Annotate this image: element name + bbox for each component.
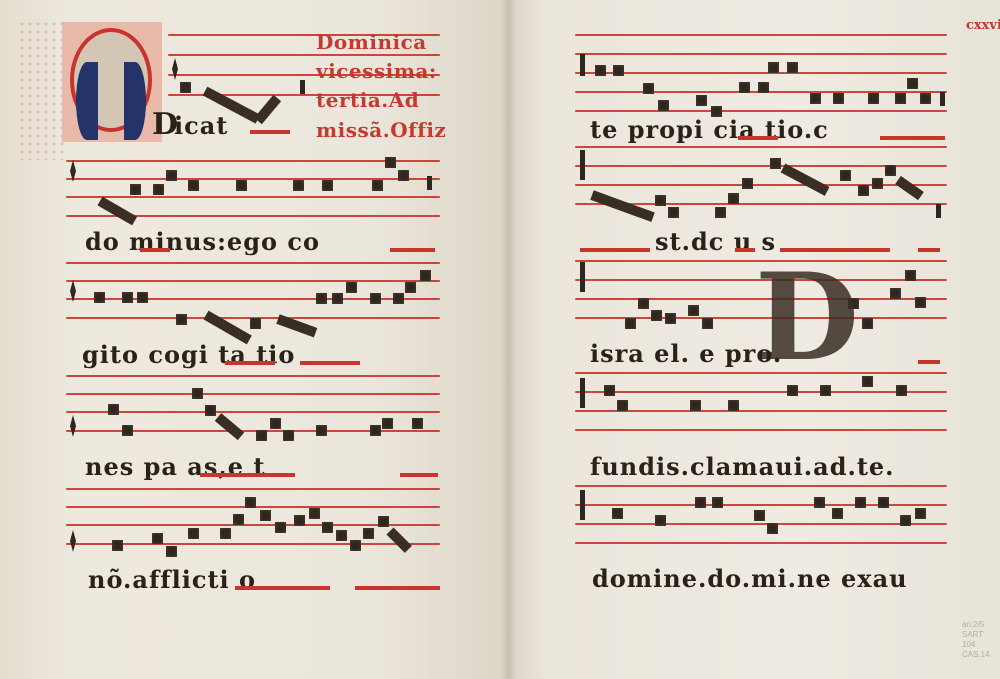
neume (728, 193, 739, 204)
neume (638, 298, 649, 309)
neume (900, 515, 911, 526)
neume (270, 418, 281, 429)
staff-right-2 (575, 146, 947, 206)
clef-icon (580, 378, 585, 408)
neume (393, 293, 404, 304)
neume (905, 270, 916, 281)
neume (715, 207, 726, 218)
neume (915, 508, 926, 519)
folio-number: cxxvi (966, 18, 1000, 33)
neume (890, 288, 901, 299)
neume (363, 528, 374, 539)
neume (868, 93, 879, 104)
neume (309, 508, 320, 519)
neume (787, 385, 798, 396)
neume (604, 385, 615, 396)
clef-icon (580, 54, 585, 76)
neume (188, 180, 199, 191)
pencil-note-line: CAS.14 (962, 650, 990, 660)
red-filler-line (250, 130, 290, 134)
neume (137, 292, 148, 303)
pencil-annotation: an.2/5 SART 104 CAS.14 (962, 620, 990, 660)
neume (665, 313, 676, 324)
neume (767, 523, 778, 534)
neume (346, 282, 357, 293)
initial-blue-fill-left (76, 62, 98, 140)
neume (420, 270, 431, 281)
neume (370, 293, 381, 304)
custos-mark (940, 92, 945, 106)
neume (322, 180, 333, 191)
red-filler-line (400, 473, 438, 477)
pencil-note-line: SART (962, 630, 990, 640)
neume (810, 93, 821, 104)
red-filler-line (735, 248, 755, 252)
neume (896, 385, 907, 396)
neume (595, 65, 606, 76)
neume (382, 418, 393, 429)
neume (94, 292, 105, 303)
neume (233, 514, 244, 525)
red-filler-line (780, 248, 890, 252)
neume (695, 497, 706, 508)
neume (651, 310, 662, 321)
neume (405, 282, 416, 293)
neume (192, 388, 203, 399)
lyric-line-1: te propi cia tio.c (590, 118, 829, 142)
neume (855, 497, 866, 508)
neume (336, 530, 347, 541)
neume (907, 78, 918, 89)
red-filler-line (140, 248, 170, 252)
red-filler-line (918, 360, 940, 364)
neume (412, 418, 423, 429)
neume (250, 318, 261, 329)
custos-mark (936, 204, 941, 218)
neume (316, 425, 327, 436)
neume (205, 405, 216, 416)
neume (832, 508, 843, 519)
neume (370, 425, 381, 436)
pencil-note-line: an.2/5 (962, 620, 990, 630)
neume (814, 497, 825, 508)
neume (350, 540, 361, 551)
red-filler-line (918, 248, 940, 252)
neume (166, 170, 177, 181)
neume (770, 158, 781, 169)
neume (245, 497, 256, 508)
initial-blue-fill-right (124, 62, 146, 140)
neume (256, 430, 267, 441)
red-filler-line (235, 586, 330, 590)
floral-margin-decoration (18, 20, 68, 160)
red-filler-line (300, 361, 360, 365)
staff-right-1 (575, 34, 947, 110)
neume (712, 497, 723, 508)
neume (643, 83, 654, 94)
neume (372, 180, 383, 191)
book-gutter (500, 0, 516, 679)
decorated-initial-d (70, 28, 152, 132)
neume (690, 400, 701, 411)
neume (294, 515, 305, 526)
neume (858, 185, 869, 196)
neume (112, 540, 123, 551)
red-filler-line (200, 473, 295, 477)
neume (316, 293, 327, 304)
neume (322, 522, 333, 533)
red-filler-line (355, 586, 440, 590)
neume (153, 184, 164, 195)
lyric-line-2: do minus:ego co (85, 230, 320, 254)
neume (625, 318, 636, 329)
neume (293, 180, 304, 191)
custos-mark (300, 80, 305, 94)
neume (378, 516, 389, 527)
neume (754, 510, 765, 521)
neume (787, 62, 798, 73)
red-filler-line (225, 361, 275, 365)
neume (108, 404, 119, 415)
neume (260, 510, 271, 521)
neume (130, 184, 141, 195)
neume (122, 292, 133, 303)
neume (655, 195, 666, 206)
neume (833, 93, 844, 104)
neume (915, 297, 926, 308)
neume (122, 425, 133, 436)
neume (668, 207, 679, 218)
neume (612, 508, 623, 519)
neume (176, 314, 187, 325)
neume (758, 82, 769, 93)
neume (332, 293, 343, 304)
neume (768, 62, 779, 73)
neume (895, 93, 906, 104)
neume (275, 522, 286, 533)
neume (398, 170, 409, 181)
custos-mark (427, 176, 432, 190)
neume (220, 528, 231, 539)
pencil-note-line: 104 (962, 640, 990, 650)
lyric-line-5: nõ.afflicti o (88, 568, 256, 592)
neume (152, 533, 163, 544)
neume (283, 430, 294, 441)
neume (862, 376, 873, 387)
neume (739, 82, 750, 93)
neume (655, 515, 666, 526)
neume (920, 93, 931, 104)
neume (696, 95, 707, 106)
neume (166, 546, 177, 557)
neume (885, 165, 896, 176)
red-filler-line (738, 136, 778, 140)
neume (878, 497, 889, 508)
lyric-line-3: isra el. e pro. (590, 342, 782, 366)
lyric-line-4: fundis.clamaui.ad.te. (590, 455, 895, 479)
clef-icon (580, 150, 585, 180)
neume (702, 318, 713, 329)
neume (236, 180, 247, 191)
neume (613, 65, 624, 76)
red-filler-line (880, 136, 945, 140)
clef-icon (580, 490, 585, 520)
red-filler-line (390, 248, 435, 252)
red-filler-line (580, 248, 650, 252)
neume (617, 400, 628, 411)
neume (840, 170, 851, 181)
lyric-line-5: domine.do.mi.ne exau (592, 567, 908, 591)
neume (688, 305, 699, 316)
lyric-line-1: icat (174, 114, 228, 138)
neume (862, 318, 873, 329)
neume (188, 528, 199, 539)
lyric-line-2: st.dc u s (655, 230, 776, 254)
neume (385, 157, 396, 168)
rubric-line-4: missã.Offiz (316, 120, 446, 140)
neume (658, 100, 669, 111)
neume (728, 400, 739, 411)
neume (820, 385, 831, 396)
clef-icon (580, 262, 585, 292)
neume (872, 178, 883, 189)
neume (742, 178, 753, 189)
neume (180, 82, 191, 93)
